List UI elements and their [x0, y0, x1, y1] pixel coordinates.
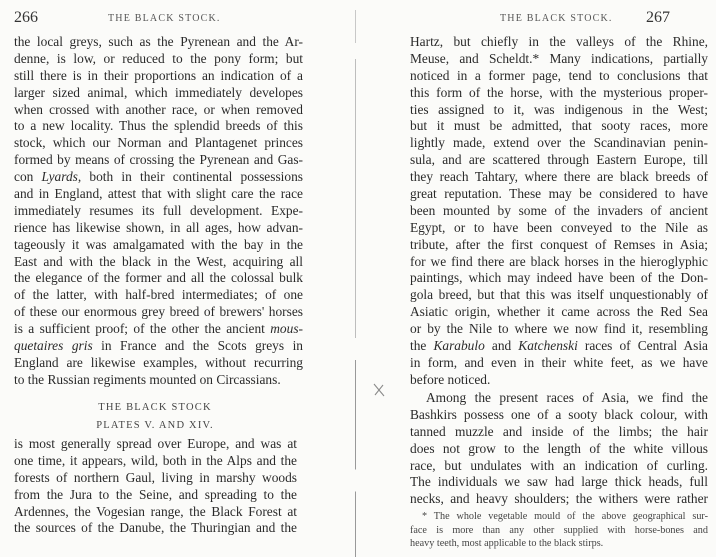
text-line: lightly made, extend over the Scandinavi… [410, 135, 708, 152]
text-line: but it must be admitted, that sooty race… [410, 118, 708, 135]
text-line: the Karabulo and Katchenski races of Cen… [410, 338, 708, 355]
text-line: before noticed. [410, 372, 708, 389]
page-number: 267 [646, 9, 670, 27]
text-line: they reach Tahtary, where there are blac… [410, 169, 708, 186]
text-line: Asiatic origin, whether it came across t… [410, 304, 708, 321]
text-line: been mounted by some of the invaders of … [410, 203, 708, 220]
text-line: Bashkirs possess one of a sooty black co… [410, 407, 708, 424]
text-line: paintings, which may indeed have been of… [410, 270, 708, 287]
paragraph: Among the present races of Asia, we find… [410, 390, 708, 508]
text-line: * The whole vegetable mould of the above… [410, 510, 708, 524]
text-line: necks, and heavy shoulders; the withers … [410, 491, 708, 508]
text-line: sula, and are scattered through Eastern … [410, 152, 708, 169]
text-line: face is more than any other supplied wit… [410, 524, 708, 538]
text-line: Among the present races of Asia, we find… [410, 390, 708, 407]
paragraph: Hartz, but chiefly in the valleys of the… [410, 34, 708, 389]
text-line: for we find there are black horses in th… [410, 254, 708, 271]
text-line: does not grow to the length of the white… [410, 441, 708, 458]
text-line: great reputation. These may be considere… [410, 186, 708, 203]
text-line: heavy teeth, most applicable to the blac… [410, 537, 708, 551]
running-head: THE BLACK STOCK. [500, 13, 613, 24]
text-line: The individuals we saw had large thick h… [410, 474, 708, 491]
text-line: noticed in a former page, tend to conclu… [410, 68, 708, 85]
text-line: or by the Nile to where we now find it, … [410, 321, 708, 338]
text-line: Egypt, or to have been conveyed to the N… [410, 220, 708, 237]
text-line: Hartz, but chiefly in the valleys of the… [410, 34, 708, 51]
text-line: in form, and even in their white feet, a… [410, 355, 708, 372]
text-line: gola breed, but that this was itself unq… [410, 287, 708, 304]
text-line: tribute, after the first conquest of Rem… [410, 237, 708, 254]
footnote: * The whole vegetable mould of the above… [410, 510, 708, 551]
right-page: 267 THE BLACK STOCK. Hartz, but chiefly … [0, 0, 716, 557]
text-line: tanned muzzle and inside of the limbs; t… [410, 424, 708, 441]
text-line: Meuse, and Scheldt.* Many indications, p… [410, 51, 708, 68]
text-line: race, but undulates with an indication o… [410, 458, 708, 475]
pencil-x-mark-icon [372, 382, 386, 398]
text-line: ties assigned to it, was indigenous in t… [410, 102, 708, 119]
text-line: this form of the horse, with the mysteri… [410, 85, 708, 102]
